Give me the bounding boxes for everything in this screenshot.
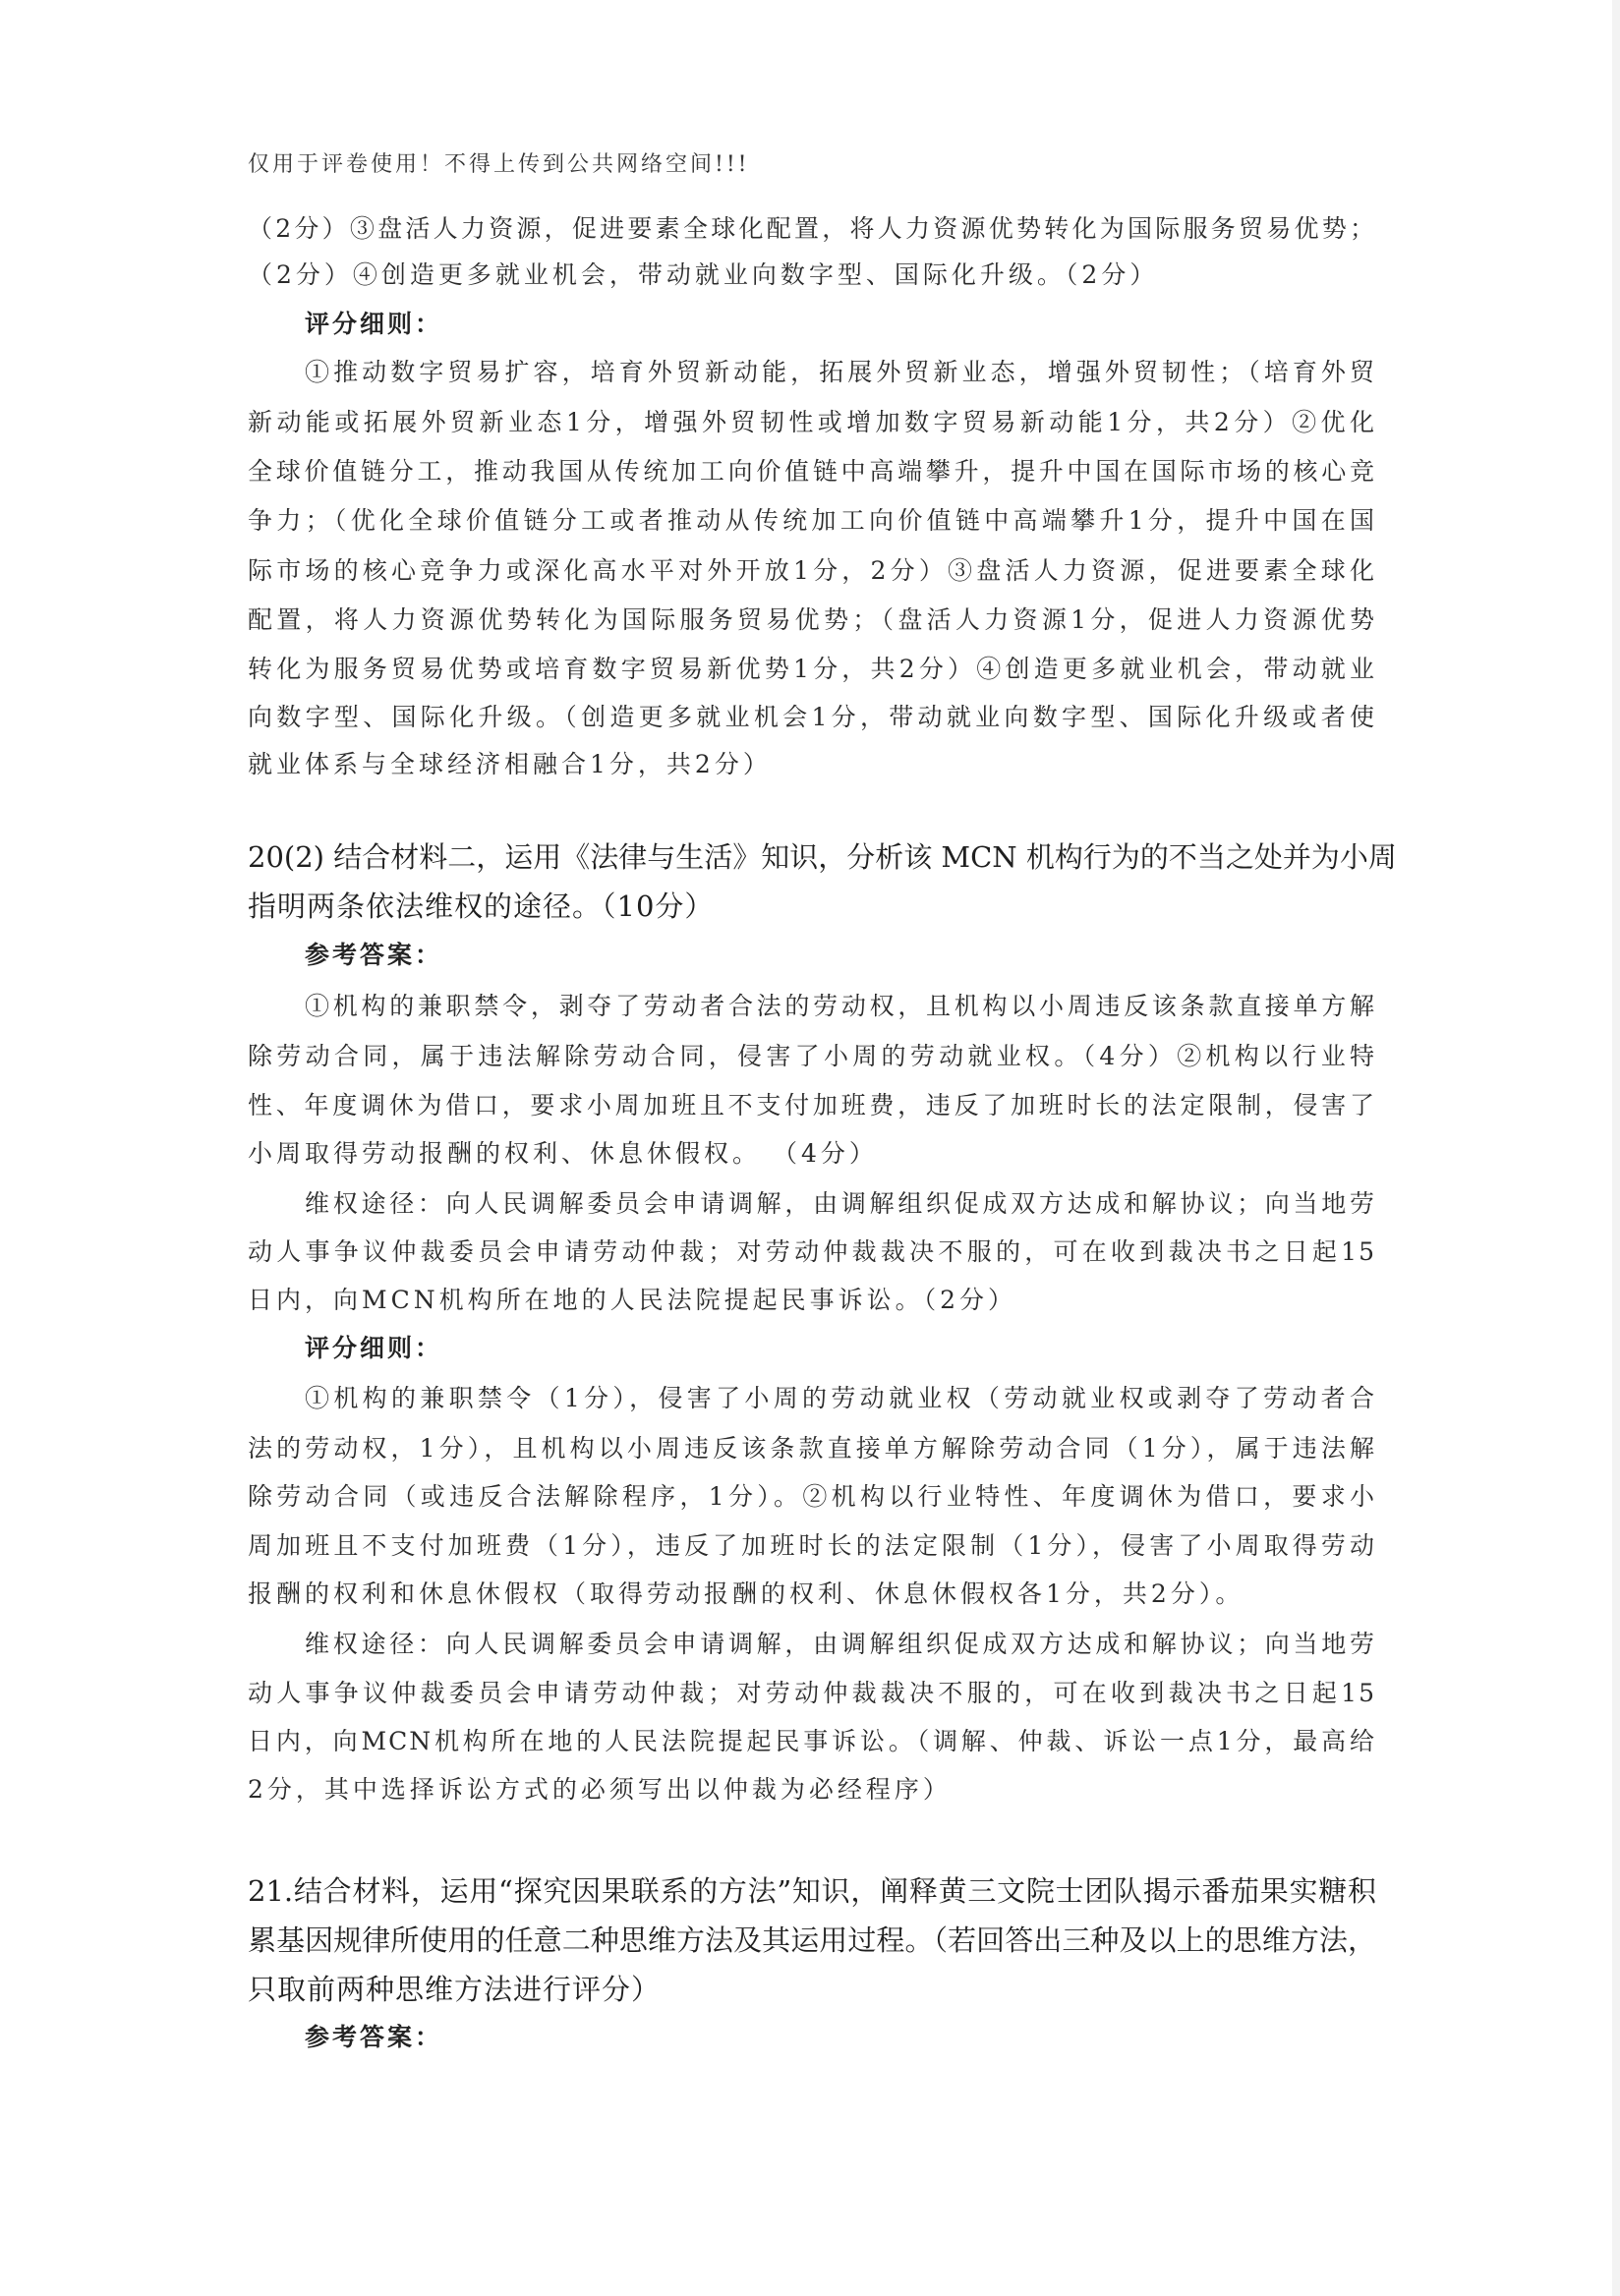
rights-path-line: 2分，其中选择诉讼方式的必须写出以仲裁为必经程序） xyxy=(248,1770,1376,1809)
usage-notice: 仅用于评卷使用！不得上传到公共网络空间!!! xyxy=(248,145,750,185)
answer-line: 性、年度调休为借口，要求小周加班且不支付加班费，违反了加班时长的法定限制，侵害了 xyxy=(248,1086,1376,1125)
scoring-detail-line: 际市场的核心竞争力或深化高水平对外开放1分，2分）③盘活人力资源，促进要素全球化 xyxy=(248,551,1376,591)
scoring-detail-line: 全球价值链分工，推动我国从传统加工向价值链中高端攀升，提升中国在国际市场的核心竞 xyxy=(248,452,1376,491)
page-edge xyxy=(1612,0,1620,2296)
answer-line: ①机构的兼职禁令，剥夺了劳动者合法的劳动权，且机构以小周违反该条款直接单方解 xyxy=(248,987,1376,1026)
scoring-detail-line: 转化为服务贸易优势或培育数字贸易新优势1分，共2分）④创造更多就业机会，带动就业 xyxy=(248,650,1376,689)
question-stem-line: 只取前两种思维方法进行评分） xyxy=(248,1970,1376,2009)
rights-path-line: 日内，向MCN机构所在地的人民法院提起民事诉讼。（调解、仲裁、诉讼一点1分，最高… xyxy=(248,1722,1376,1761)
question-stem-line: 累基因规律所使用的任意二种思维方法及其运用过程。（若回答出三种及以上的思维方法， xyxy=(248,1921,1376,1960)
scoring-detail-line: 报酬的权利和休息休假权（取得劳动报酬的权利、休息休假权各1分，共2分）。 xyxy=(248,1575,1376,1614)
scoring-detail-line: 法的劳动权，1分），且机构以小周违反该条款直接单方解除劳动合同（1分），属于违法… xyxy=(248,1429,1376,1468)
scoring-detail-line: 除劳动合同（或违反合法解除程序，1分）。②机构以行业特性、年度调休为借口，要求小 xyxy=(248,1477,1376,1517)
scoring-detail-line: 周加班且不支付加班费（1分），违反了加班时长的法定限制（1分），侵害了小周取得劳… xyxy=(248,1526,1376,1566)
question-stem-line: 20(2) 结合材料二，运用《法律与生活》知识，分析该 MCN 机构行为的不当之… xyxy=(248,837,1376,877)
rights-path-line: 日内，向MCN机构所在地的人民法院提起民事诉讼。（2分） xyxy=(248,1281,1376,1320)
scoring-detail-label: 评分细则： xyxy=(248,305,1376,344)
question-stem-line: 21.结合材料，运用“探究因果联系的方法”知识，阐释黄三文院士团队揭示番茄果实糖… xyxy=(248,1871,1376,1911)
answer-line: （2分）③盘活人力资源，促进要素全球化配置，将人力资源优势转化为国际服务贸易优势… xyxy=(248,209,1376,249)
scoring-detail-line: 就业体系与全球经济相融合1分，共2分） xyxy=(248,745,1376,784)
scoring-detail-line: 新动能或拓展外贸新业态1分，增强外贸韧性或增加数字贸易新动能1分，共2分）②优化 xyxy=(248,403,1376,442)
reference-answer-label: 参考答案： xyxy=(248,2018,1376,2057)
answer-line: 小周取得劳动报酬的权利、休息休假权。 （4分） xyxy=(248,1134,1376,1174)
answer-line: 除劳动合同，属于违法解除劳动合同，侵害了小周的劳动就业权。（4分）②机构以行业特 xyxy=(248,1037,1376,1076)
reference-answer-label: 参考答案： xyxy=(248,936,1376,975)
scoring-detail-line: 配置，将人力资源优势转化为国际服务贸易优势；（盘活人力资源1分，促进人力资源优势 xyxy=(248,601,1376,640)
scoring-detail-label: 评分细则： xyxy=(248,1329,1376,1368)
rights-path-line: 维权途径：向人民调解委员会申请调解，由调解组织促成双方达成和解协议；向当地劳 xyxy=(248,1184,1376,1224)
answer-line: （2分）④创造更多就业机会，带动就业向数字型、国际化升级。（2分） xyxy=(248,256,1376,295)
scoring-detail-line: 争力；（优化全球价值链分工或者推动从传统加工向价值链中高端攀升1分，提升中国在国 xyxy=(248,501,1376,541)
scoring-detail-line: 向数字型、国际化升级。（创造更多就业机会1分，带动就业向数字型、国际化升级或者使 xyxy=(248,698,1376,737)
rights-path-line: 动人事争议仲裁委员会申请劳动仲裁；对劳动仲裁裁决不服的，可在收到裁决书之日起15 xyxy=(248,1674,1376,1713)
scoring-detail-line: ①机构的兼职禁令（1分），侵害了小周的劳动就业权（劳动就业权或剥夺了劳动者合 xyxy=(248,1379,1376,1418)
rights-path-line: 动人事争议仲裁委员会申请劳动仲裁；对劳动仲裁裁决不服的，可在收到裁决书之日起15 xyxy=(248,1233,1376,1272)
question-stem-line: 指明两条依法维权的途径。（10分） xyxy=(248,887,1376,926)
scoring-detail-line: ①推动数字贸易扩容，培育外贸新动能，拓展外贸新业态，增强外贸韧性；（培育外贸 xyxy=(248,353,1376,392)
rights-path-line: 维权途径：向人民调解委员会申请调解，由调解组织促成双方达成和解协议；向当地劳 xyxy=(248,1625,1376,1664)
